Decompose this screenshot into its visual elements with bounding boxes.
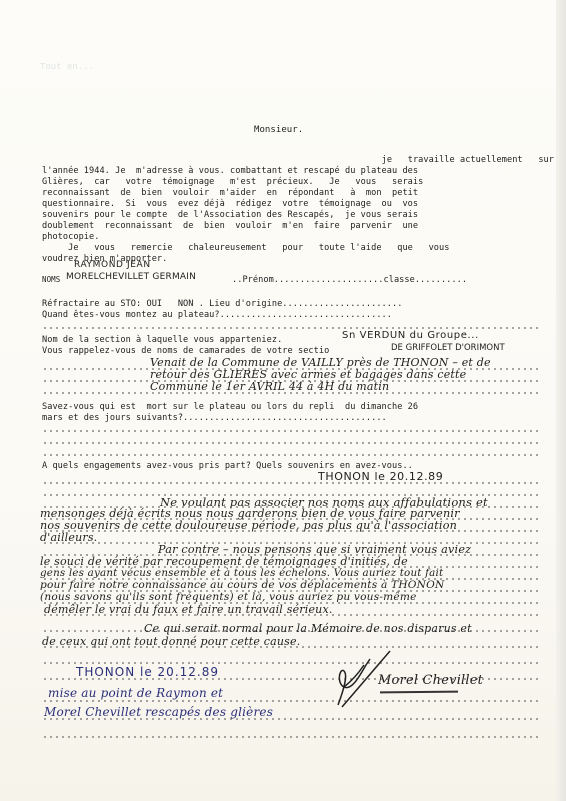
signature-underline: [380, 691, 458, 693]
section-question: Nom de la section à laquelle vous appart…: [42, 335, 282, 345]
answer-dotted-line: [42, 442, 542, 444]
testimony-line-10: démêler le vrai du faux et faire un trav…: [44, 603, 333, 616]
faint-bleed-through-text: Tout en...: [40, 60, 520, 120]
origin-answer-line-3: Commune le 1er AVRIL 44 à 4H du matin: [150, 380, 389, 393]
dead-question-line-2: mars et des jours suivants?.............…: [42, 413, 387, 423]
letter-line-8: photocopie.: [42, 232, 99, 242]
answer-dotted-line: [42, 662, 542, 664]
page-edge-shadow: [556, 0, 566, 801]
answer-dotted-line: [42, 430, 542, 432]
letter-line-7: doublement reconnaissant de bien vouloir…: [42, 221, 418, 231]
comrades-question: Vous rappelez-vous de noms de camarades …: [42, 346, 329, 356]
handwritten-surnames: MORELCHEVILLET GERMAIN: [66, 272, 196, 282]
letter-line-1: je travaille actuellement sur: [318, 155, 554, 165]
salutation: Monsieur.: [254, 125, 303, 135]
signature-2-text: Morel Chevillet: [378, 673, 483, 688]
testimony-line-7: gens les ayant vécus ensemble et à tous …: [40, 567, 443, 579]
sto-question: Réfractaire au STO: OUI NON . Lieu d'ori…: [42, 299, 402, 309]
closing-note-line-1: mise au point de Raymon et: [48, 686, 223, 700]
testimony-line-4: d'ailleurs.: [40, 531, 97, 544]
letter-line-5: questionnaire. Si vous evez déjà rédigez…: [42, 199, 418, 209]
letter-line-9: Je vous remercie chaleureusement pour to…: [42, 243, 449, 253]
answer-dotted-line: [42, 327, 542, 329]
scanned-letter-page: Tout en... Monsieur. je travaille actuel…: [0, 0, 566, 801]
testimony-line-12: de ceux qui ont tout donné pour cette ca…: [42, 635, 300, 648]
comrades-answer-handwritten: DE GRIFFOLET D'ORIMONT: [391, 343, 505, 353]
answer-dotted-line: [42, 482, 542, 484]
answer-dotted-line: [42, 700, 542, 702]
letter-line-2: l'année 1944. Je m'adresse à vous. comba…: [42, 166, 418, 176]
testimony-line-8: pour faire notre connaissance au cours d…: [40, 579, 444, 591]
letter-line-6: souvenirs pour le compte de l'Associatio…: [42, 210, 418, 220]
answer-dotted-line: [42, 454, 542, 456]
place-date-heading: THONON le 20.12.89: [318, 470, 443, 483]
testimony-line-11: Ce qui serait normal pour la Mémoire de …: [144, 622, 472, 635]
name-prefix-label: NOMS: [42, 275, 60, 284]
answer-dotted-line: [42, 736, 542, 738]
letter-line-4: reconnaissant de bien vouloir m'aider en…: [42, 188, 418, 198]
section-answer-handwritten: Sn VERDUN du Groupe...: [342, 330, 479, 341]
testimony-line-9: (nous savons qu'ils sont fréquents) et l…: [40, 591, 417, 603]
testimony-line-3: nos souvenirs de cette douloureuse pério…: [40, 519, 457, 532]
when-question: Quand êtes-vous montez au plateau?......…: [42, 310, 392, 320]
name-prenom-classe-field: ..Prénom.....................classe.....…: [232, 275, 467, 285]
closing-note-line-2: Morel Chevillet rescapés des glières: [44, 705, 273, 719]
dead-question-line-1: Savez-vous qui est mort sur le plateau o…: [42, 402, 418, 412]
letter-line-3: Glières, car votre témoignage m'est préc…: [42, 177, 423, 187]
handwritten-firstnames: RAYMOND JEAN: [74, 260, 151, 270]
closing-place-date: THONON le 20.12.89: [76, 665, 219, 679]
